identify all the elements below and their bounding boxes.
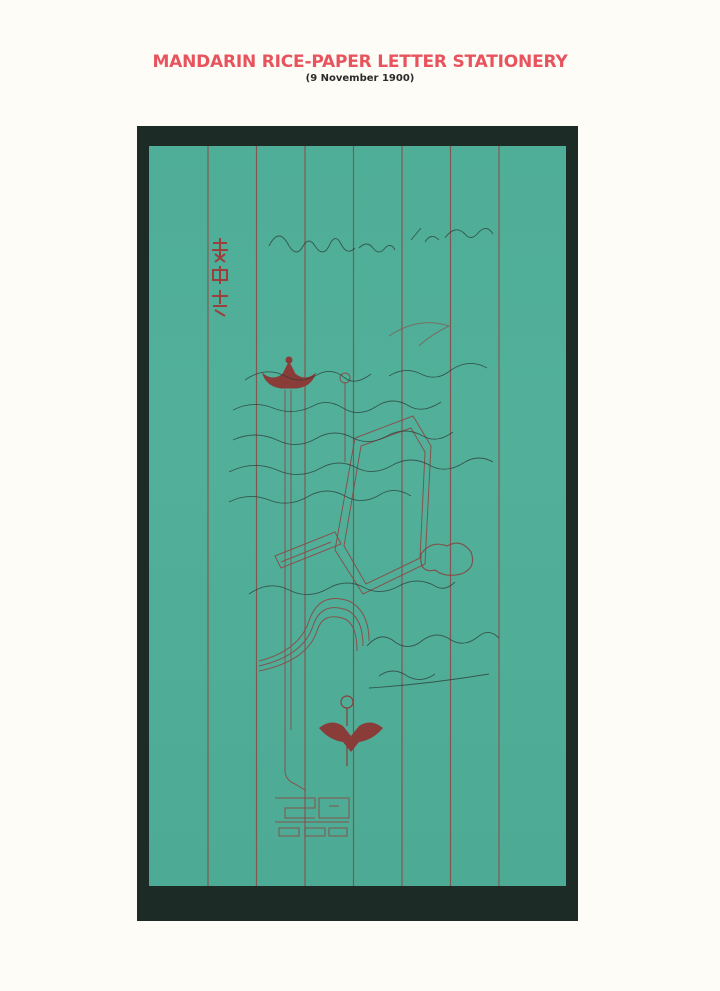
letter-sheet xyxy=(149,146,566,886)
page-subtitle: (9 November 1900) xyxy=(0,73,720,84)
letter-artwork xyxy=(149,146,566,886)
handwritten-text xyxy=(229,228,499,688)
crown-motif-icon xyxy=(263,357,315,388)
ruled-lines xyxy=(208,146,499,886)
page-title: MANDARIN RICE-PAPER LETTER STATIONERY xyxy=(0,52,720,72)
document-frame xyxy=(137,126,578,921)
bat-motif-icon xyxy=(319,722,383,752)
seal-characters-icon xyxy=(212,238,228,316)
